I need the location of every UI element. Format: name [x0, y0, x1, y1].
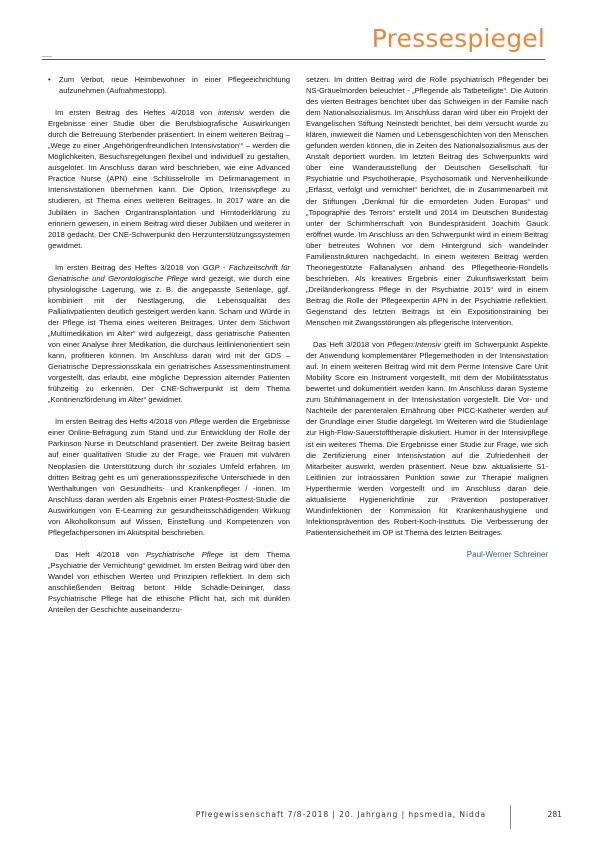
header-rule — [42, 59, 545, 60]
author-signature: Paul-Werner Schreiner — [306, 549, 548, 560]
paragraph-text: Das Heft 4/2018 von — [55, 550, 146, 559]
paragraph-psychiatrische-pflege: Das Heft 4/2018 von Psychiatrische Pfleg… — [48, 549, 290, 615]
right-column: setzen. Im dritten Beitrag wird die Roll… — [306, 74, 548, 792]
journal-name: Psychiatrische Pflege — [146, 550, 223, 559]
journal-name: Pflegen:Intensiv — [387, 340, 441, 349]
paragraph-text: werden die Ergebnisse einer Studie über … — [48, 108, 290, 250]
paragraph-pflegen-intensiv: Das Heft 3/2018 von Pflegen:Intensiv gre… — [306, 339, 548, 538]
paragraph-intensiv: Im ersten Beitrag des Heftes 4/2018 von … — [48, 107, 290, 251]
journal-name: Pflege — [189, 417, 210, 426]
left-column: • Zum Verbot, neue Heimbewohner in einer… — [48, 74, 290, 792]
paragraph-text: greift im Schwerpunkt Aspekte der Anwend… — [306, 340, 548, 537]
paragraph-text: Im ersten Beitrag des Heftes 4/2018 von — [55, 108, 218, 117]
paragraph-pflege: Im ersten Beitrag des Hefts 4/2018 von P… — [48, 416, 290, 538]
article-columns: • Zum Verbot, neue Heimbewohner in einer… — [48, 74, 548, 792]
section-title: Pressespiegel — [372, 24, 545, 53]
paragraph-text: werden die Ergebnisse einer Online-Befra… — [48, 417, 290, 536]
paragraph-continuation: setzen. Im dritten Beitrag wird die Roll… — [306, 74, 548, 328]
journal-name: intensiv — [218, 108, 244, 117]
paragraph-text: Das Heft 3/2018 von — [313, 340, 387, 349]
paragraph-text: ist dem Thema „Psychiatrie der Vernichtu… — [48, 550, 290, 614]
page-header: Pressespiegel — [0, 0, 595, 70]
paragraph-text: Im ersten Beitrag des Hefts 4/2018 von — [55, 417, 189, 426]
paragraph-ggp: Im ersten Beitrag des Heftes 3/2018 von … — [48, 262, 290, 406]
header-rule-accent — [42, 56, 52, 57]
page-footer: Pflegewissenschaft 7/8-2018 | 20. Jahrga… — [0, 808, 595, 832]
footer-divider — [510, 805, 511, 829]
page-number: 281 — [548, 810, 563, 819]
paragraph-text: wird gezeigt, wie durch eine physiologis… — [48, 274, 290, 405]
publication-info: Pflegewissenschaft 7/8-2018 | 20. Jahrga… — [196, 810, 486, 819]
paragraph-text: Im ersten Beitrag des Heftes 3/2018 von — [55, 263, 203, 272]
bullet-item: • Zum Verbot, neue Heimbewohner in einer… — [48, 74, 290, 96]
bullet-text: Zum Verbot, neue Heimbewohner in einer P… — [59, 74, 290, 96]
bullet-icon: • — [48, 74, 59, 96]
